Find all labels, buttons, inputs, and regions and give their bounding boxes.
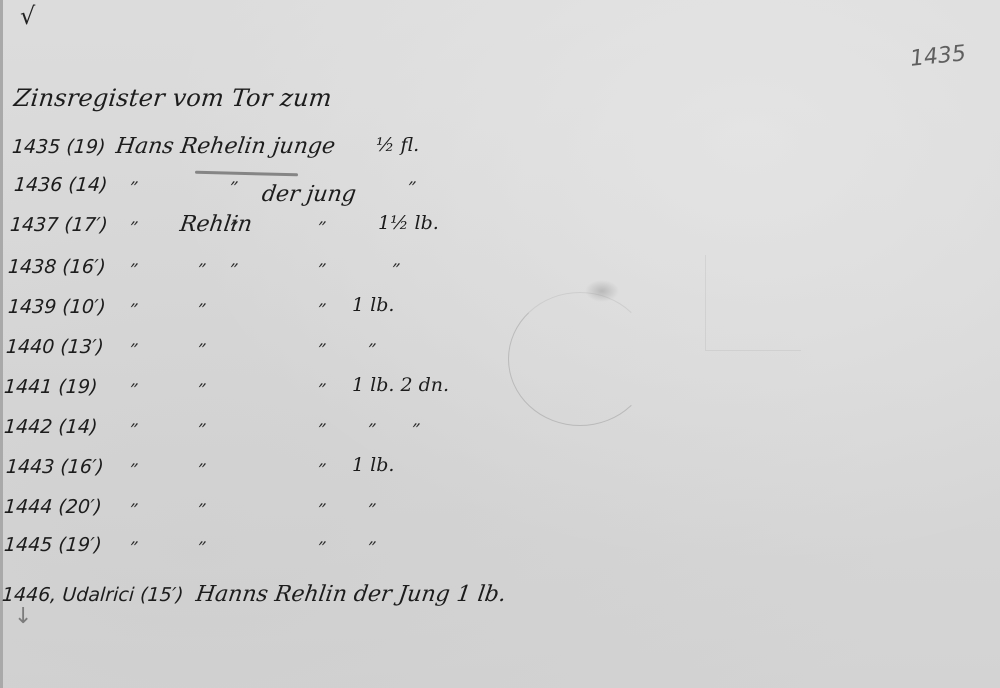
ditto-mark: ” xyxy=(314,500,327,519)
entry-amount2: 1½ lb. xyxy=(378,212,439,234)
ditto-mark: ” xyxy=(194,460,207,479)
ditto-mark: ” xyxy=(126,300,139,319)
ditto-mark: ” xyxy=(126,380,139,399)
ditto-mark: ” xyxy=(314,340,327,359)
entry-row: 1437 (17′)”Rehlin””1½ lb. xyxy=(0,208,600,248)
entry-year: 1442 (14) xyxy=(3,416,98,438)
faint-imprint xyxy=(705,255,801,351)
entry-year: 1445 (19′) xyxy=(3,534,102,556)
entry-year: 1443 (16′) xyxy=(5,456,104,478)
ditto-mark: ” xyxy=(226,260,239,279)
ditto-mark: ” xyxy=(126,420,139,439)
entry-row: 1435 (19)Hans Rehelin junge½ fl. xyxy=(0,130,600,170)
entry-row: 1439 (10′)”””1 lb. xyxy=(0,290,600,330)
ditto-mark: ” xyxy=(408,420,421,439)
entry-row: 1440 (13′)”””” xyxy=(0,330,600,370)
ditto-mark: ” xyxy=(126,500,139,519)
entry-row: 1441 (19)”””1 lb. 2 dn. xyxy=(0,370,600,410)
entry-year: 1441 (19) xyxy=(3,376,98,398)
ditto-mark: ” xyxy=(126,460,139,479)
ditto-mark: ” xyxy=(364,420,377,439)
ditto-mark: ” xyxy=(226,178,239,197)
ditto-mark: ” xyxy=(364,538,377,557)
entry-year: 1438 (16′) xyxy=(7,256,106,278)
ditto-mark: ” xyxy=(194,260,207,279)
ditto-mark: ” xyxy=(194,340,207,359)
ditto-mark: ” xyxy=(126,218,139,237)
ditto-mark: ” xyxy=(314,380,327,399)
card-number: 1435 xyxy=(909,41,967,72)
entry-amount3: 1 lb. xyxy=(352,294,394,316)
entry-row: 1446, Udalrici (15′)Hanns Rehlin der Jun… xyxy=(0,578,600,618)
entry-year: 1437 (17′) xyxy=(9,214,108,236)
entry-row: 1438 (16′)””””” xyxy=(0,250,600,290)
ditto-mark: ” xyxy=(404,178,417,197)
entry-year: 1444 (20′) xyxy=(3,496,102,518)
ditto-mark: ” xyxy=(194,300,207,319)
ditto-mark: ” xyxy=(126,538,139,557)
entry-row: 1444 (20′)”””” xyxy=(0,490,600,530)
card-heading: Zinsregister vom Tor zum xyxy=(13,84,334,112)
check-mark: √ xyxy=(20,2,36,30)
entry-epithet: der jung xyxy=(260,182,357,207)
entry-name-last: Hanns Rehlin der Jung 1 lb. xyxy=(194,582,507,607)
entry-year: 1446, Udalrici (15′) xyxy=(1,584,184,606)
ditto-mark: ” xyxy=(314,260,327,279)
entry-surname: Rehlin xyxy=(178,212,254,237)
continuation-arrow-icon: ↓ xyxy=(14,604,32,629)
ditto-mark: ” xyxy=(314,460,327,479)
ditto-mark: ” xyxy=(194,500,207,519)
entry-name: Hans Rehelin junge xyxy=(114,134,337,159)
entry-amount3: 1 lb. 2 dn. xyxy=(352,374,449,396)
ditto-mark: ” xyxy=(314,300,327,319)
ditto-mark: ” xyxy=(126,260,139,279)
ditto-mark: ” xyxy=(194,538,207,557)
entry-year: 1436 (14) xyxy=(13,174,108,196)
entry-row: 1436 (14)””der jung” xyxy=(0,168,600,208)
entry-year: 1440 (13′) xyxy=(5,336,104,358)
entry-row: 1443 (16′)”””1 lb. xyxy=(0,450,600,490)
ditto-mark: ” xyxy=(194,420,207,439)
ditto-mark: ” xyxy=(364,500,377,519)
ditto-mark: ” xyxy=(126,178,139,197)
ditto-mark: ” xyxy=(314,218,327,237)
ditto-mark: ” xyxy=(388,260,401,279)
entry-year: 1435 (19) xyxy=(11,136,106,158)
index-card: √ 1435 Zinsregister vom Tor zum 1435 (19… xyxy=(0,0,1000,688)
ditto-mark: ” xyxy=(126,340,139,359)
entry-row: 1442 (14)””””” xyxy=(0,410,600,450)
entry-row: 1445 (19′)”””” xyxy=(0,528,600,568)
ditto-mark: ” xyxy=(364,340,377,359)
ditto-mark: ” xyxy=(314,420,327,439)
ditto-mark: ” xyxy=(194,380,207,399)
entry-year: 1439 (10′) xyxy=(7,296,106,318)
entry-amount3: 1 lb. xyxy=(352,454,394,476)
ditto-mark: ” xyxy=(314,538,327,557)
entry-amount: ½ fl. xyxy=(376,134,419,156)
